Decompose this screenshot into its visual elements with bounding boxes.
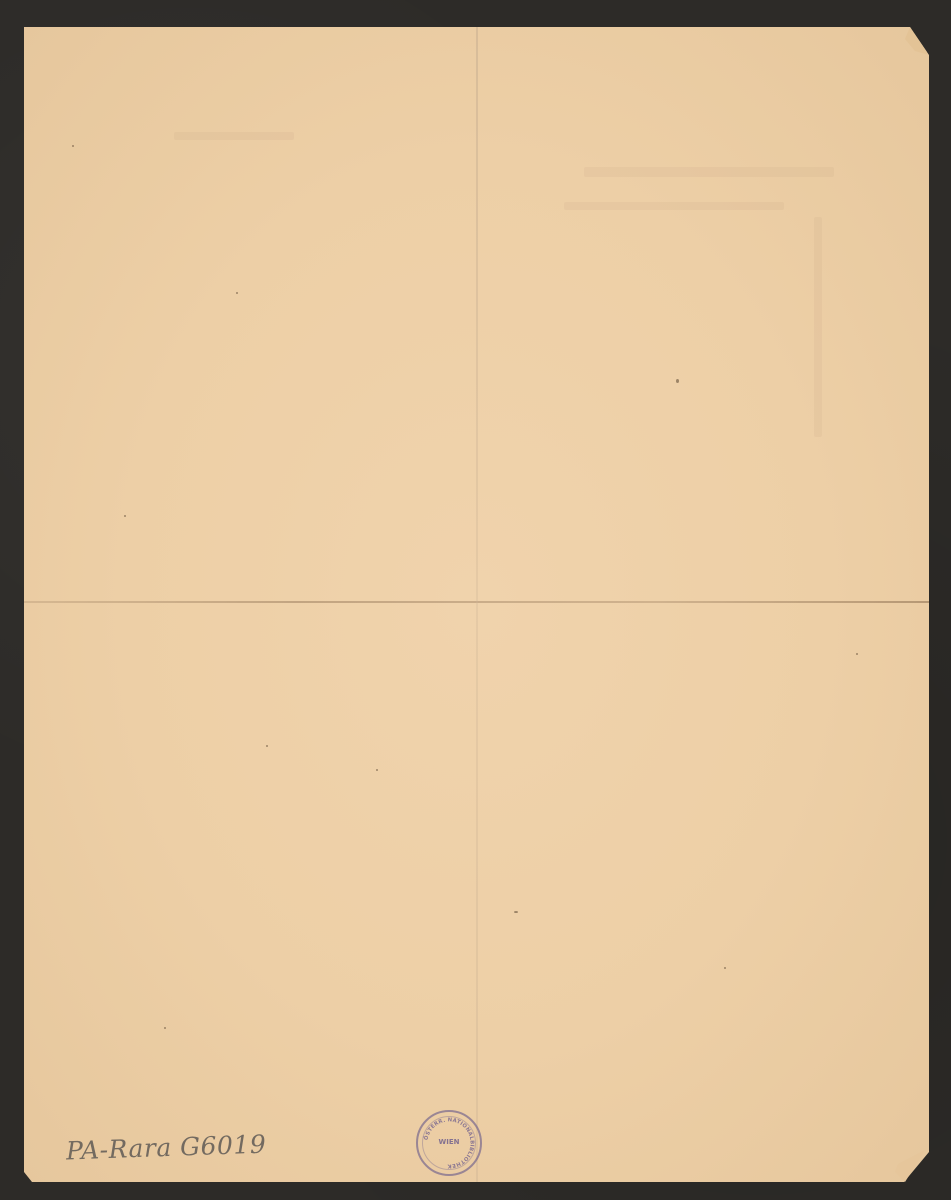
paper-speck — [266, 745, 268, 747]
vertical-fold-line — [476, 27, 478, 1182]
faint-show-through-text — [584, 167, 834, 177]
stamp-center-label: WIEN — [418, 1138, 480, 1146]
paper-speck — [676, 379, 679, 383]
paper-speck — [724, 967, 726, 969]
paper-speck — [72, 145, 74, 147]
paper-speck — [856, 653, 858, 655]
paper-speck — [376, 769, 378, 771]
paper-speck — [514, 911, 518, 913]
paper-speck — [164, 1027, 166, 1029]
library-stamp: ÖSTERR. NATIONALBIBLIOTHEK WIEN — [416, 1110, 482, 1176]
faint-show-through-text — [174, 132, 294, 140]
paper-speck — [236, 292, 238, 294]
paper-speck — [124, 515, 126, 517]
faint-show-through-text — [564, 202, 784, 210]
faint-show-through-text — [814, 217, 822, 437]
